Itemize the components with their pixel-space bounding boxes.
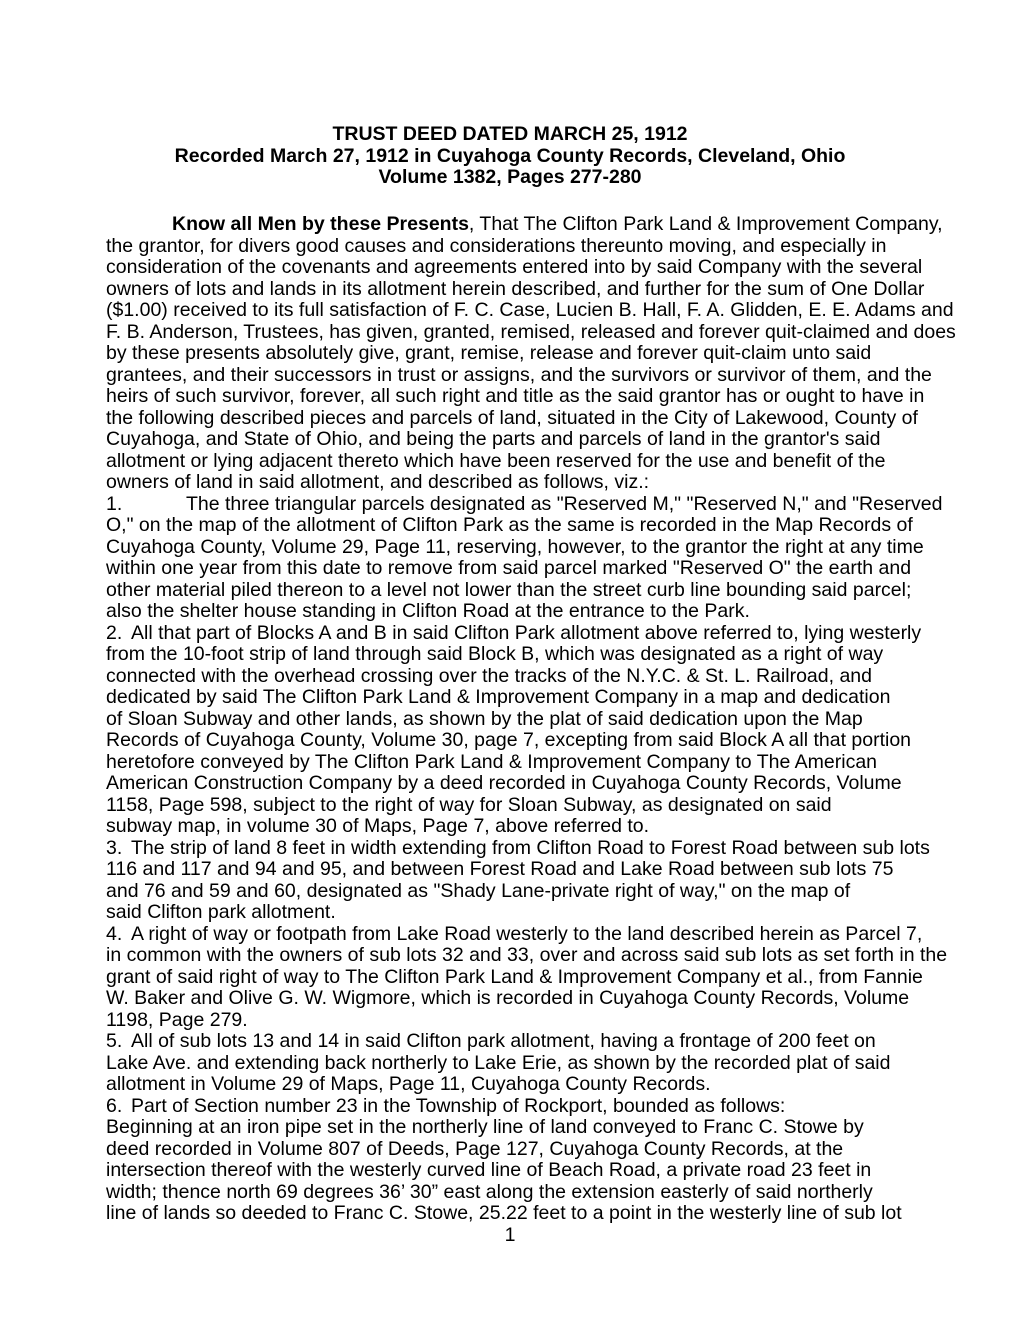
- text-line: dedicated by said The Clifton Park Land …: [106, 687, 914, 709]
- text-line: also the shelter house standing in Clift…: [106, 601, 914, 623]
- document-subtitle-recorded: Recorded March 27, 1912 in Cuyahoga Coun…: [106, 146, 914, 168]
- text-line: Beginning at an iron pipe set in the nor…: [106, 1117, 914, 1139]
- text-line: Lake Ave. and extending back northerly t…: [106, 1053, 914, 1075]
- document-body: Know all Men by these Presents, That The…: [106, 214, 914, 1225]
- numbered-items: 1.The three triangular parcels designate…: [106, 494, 914, 1225]
- text-line: American Construction Company by a deed …: [106, 773, 914, 795]
- text-line: allotment or lying adjacent thereto whic…: [106, 451, 914, 473]
- item-first-line: 2.All that part of Blocks A and B in sai…: [106, 623, 914, 645]
- text-line: 1158, Page 598, subject to the right of …: [106, 795, 914, 817]
- item-first-line-text: All of sub lots 13 and 14 in said Clifto…: [131, 1030, 876, 1052]
- text-line: deed recorded in Volume 807 of Deeds, Pa…: [106, 1139, 914, 1161]
- text-line: intersection thereof with the westerly c…: [106, 1160, 914, 1182]
- document-title: TRUST DEED DATED MARCH 25, 1912: [106, 124, 914, 146]
- document-page: TRUST DEED DATED MARCH 25, 1912 Recorded…: [0, 0, 1020, 1320]
- document-content: TRUST DEED DATED MARCH 25, 1912 Recorded…: [0, 0, 1020, 1246]
- text-line: said Clifton park allotment.: [106, 902, 914, 924]
- item-number: 3.: [106, 838, 131, 860]
- item-first-line-text: The three triangular parcels designated …: [186, 493, 942, 515]
- item-number: 2.: [106, 623, 131, 645]
- item-number: 4.: [106, 924, 131, 946]
- opening-first-line: Know all Men by these Presents, That The…: [106, 214, 914, 236]
- page-number: 1: [106, 1225, 914, 1247]
- opening-first-line-rest: , That The Clifton Park Land & Improveme…: [469, 213, 943, 235]
- opening-lead-bold: Know all Men by these Presents: [172, 213, 469, 235]
- text-line: W. Baker and Olive G. W. Wigmore, which …: [106, 988, 914, 1010]
- item-first-line: 4.A right of way or footpath from Lake R…: [106, 924, 914, 946]
- text-line: ($1.00) received to its full satisfactio…: [106, 300, 914, 322]
- item-number: 5.: [106, 1031, 131, 1053]
- text-line: grant of said right of way to The Clifto…: [106, 967, 914, 989]
- text-line: the grantor, for divers good causes and …: [106, 236, 914, 258]
- text-line: 116 and 117 and 94 and 95, and between F…: [106, 859, 914, 881]
- document-title-block: TRUST DEED DATED MARCH 25, 1912 Recorded…: [106, 124, 914, 189]
- text-line: from the 10-foot strip of land through s…: [106, 644, 914, 666]
- text-line: by these presents absolutely give, grant…: [106, 343, 914, 365]
- text-line: heretofore conveyed by The Clifton Park …: [106, 752, 914, 774]
- item-first-line: 1.The three triangular parcels designate…: [106, 494, 914, 516]
- text-line: subway map, in volume 30 of Maps, Page 7…: [106, 816, 914, 838]
- item-first-line-text: Part of Section number 23 in the Townshi…: [131, 1095, 785, 1117]
- text-line: O," on the map of the allotment of Clift…: [106, 515, 914, 537]
- text-line: of Sloan Subway and other lands, as show…: [106, 709, 914, 731]
- text-line: owners of land in said allotment, and de…: [106, 472, 914, 494]
- text-line: width; thence north 69 degrees 36’ 30” e…: [106, 1182, 914, 1204]
- item-first-line: 6.Part of Section number 23 in the Towns…: [106, 1096, 914, 1118]
- text-line: F. B. Anderson, Trustees, has given, gra…: [106, 322, 914, 344]
- opening-paragraph-lines: the grantor, for divers good causes and …: [106, 236, 914, 494]
- text-line: consideration of the covenants and agree…: [106, 257, 914, 279]
- item-number: 1.: [106, 494, 186, 516]
- item-first-line-text: A right of way or footpath from Lake Roa…: [131, 923, 922, 945]
- text-line: Cuyahoga, and State of Ohio, and being t…: [106, 429, 914, 451]
- text-line: Records of Cuyahoga County, Volume 30, p…: [106, 730, 914, 752]
- document-subtitle-volume: Volume 1382, Pages 277-280: [106, 167, 914, 189]
- text-line: owners of lots and lands in its allotmen…: [106, 279, 914, 301]
- text-line: allotment in Volume 29 of Maps, Page 11,…: [106, 1074, 914, 1096]
- text-line: the following described pieces and parce…: [106, 408, 914, 430]
- text-line: in common with the owners of sub lots 32…: [106, 945, 914, 967]
- text-line: heirs of such survivor, forever, all suc…: [106, 386, 914, 408]
- text-line: within one year from this date to remove…: [106, 558, 914, 580]
- text-line: Cuyahoga County, Volume 29, Page 11, res…: [106, 537, 914, 559]
- text-line: 1198, Page 279.: [106, 1010, 914, 1032]
- text-line: and 76 and 59 and 60, designated as "Sha…: [106, 881, 914, 903]
- item-first-line: 3.The strip of land 8 feet in width exte…: [106, 838, 914, 860]
- text-line: other material piled thereon to a level …: [106, 580, 914, 602]
- text-line: connected with the overhead crossing ove…: [106, 666, 914, 688]
- item-first-line-text: The strip of land 8 feet in width extend…: [131, 837, 930, 859]
- text-line: grantees, and their successors in trust …: [106, 365, 914, 387]
- item-first-line: 5.All of sub lots 13 and 14 in said Clif…: [106, 1031, 914, 1053]
- item-number: 6.: [106, 1096, 131, 1118]
- text-line: line of lands so deeded to Franc C. Stow…: [106, 1203, 914, 1225]
- item-first-line-text: All that part of Blocks A and B in said …: [131, 622, 921, 644]
